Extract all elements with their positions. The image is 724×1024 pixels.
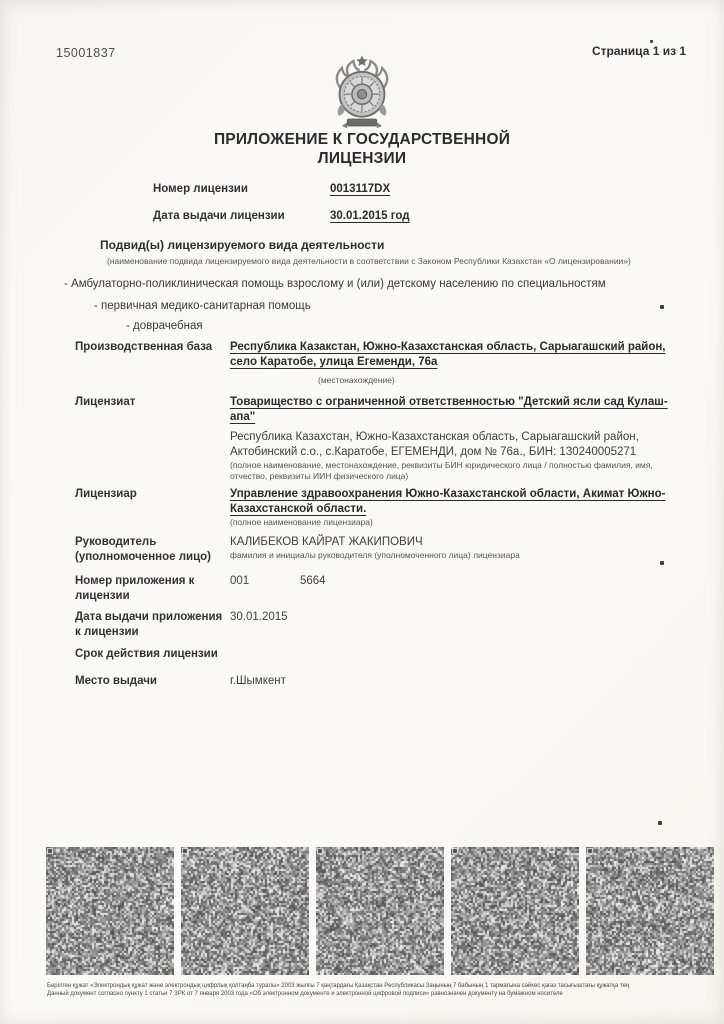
issue-place-value: г.Шымкент [230, 674, 690, 689]
legal-footer-kazakh: Берілген құжат «Электрондық құжат және э… [47, 982, 695, 990]
legal-footer: Берілген құжат «Электрондық құжат және э… [47, 982, 695, 998]
legal-footer-russian: Данный документ согласно пункту 1 статьи… [47, 990, 695, 998]
barcode-block [316, 847, 444, 975]
page-indicator: Страница 1 из 1 [592, 44, 686, 58]
head-value: КАЛИБЕКОВ КАЙРАТ ЖАКИПОВИЧ [230, 535, 690, 550]
production-base-value: Республика Казакстан, Южно-Казахстанская… [230, 340, 690, 370]
document-number: 15001837 [56, 46, 116, 60]
page-title: ПРИЛОЖЕНИЕ К ГОСУДАРСТВЕННОЙ ЛИЦЕНЗИИ [0, 130, 724, 168]
license-date-label: Дата выдачи лицензии [153, 210, 323, 222]
licensee-note: (полное наименование, местонахождение, р… [230, 460, 690, 481]
scan-artifact-dot [660, 561, 664, 565]
licensor-label: Лицензиар [75, 487, 225, 502]
license-date-row: Дата выдачи лицензии 30.01.2015 год [0, 210, 724, 226]
page-title-line1: ПРИЛОЖЕНИЕ К ГОСУДАРСТВЕННОЙ [0, 130, 724, 149]
licensor-value: Управление здравоохранения Южно-Казахста… [230, 487, 690, 517]
subtypes-note: (наименование подвида лицензируемого вид… [107, 256, 667, 266]
head-label-line2: (уполномоченное лицо) [75, 551, 211, 563]
head-note: фамилия и инициалы руководителя (уполном… [230, 550, 690, 561]
barcode-block [181, 847, 309, 975]
license-number-label: Номер лицензии [153, 183, 323, 195]
scan-artifact-dot [660, 305, 664, 309]
barcode-block [46, 847, 174, 975]
page-title-line2: ЛИЦЕНЗИИ [0, 149, 724, 168]
subtype-item: - Амбулаторно-поликлиническая помощь взр… [64, 278, 606, 290]
attachment-date-label: Дата выдачи приложения к лицензии [75, 610, 225, 640]
attachment-number-value1: 001 [230, 575, 249, 587]
attachment-number-label: Номер приложения к лицензии [75, 574, 225, 604]
license-number-value: 0013117DX [330, 183, 630, 195]
head-label: Руководитель (уполномоченное лицо) [75, 535, 225, 565]
license-date-value: 30.01.2015 год [330, 210, 630, 222]
licensee-name: Товарищество с ограниченной ответственно… [230, 395, 690, 425]
scanned-license-attachment-page: 15001837 Страница 1 из 1 [0, 0, 724, 1024]
licensee-label: Лицензиат [75, 395, 225, 410]
barcode-block [451, 847, 579, 975]
attachment-number-value2: 5664 [300, 574, 326, 589]
attachment-date-value: 30.01.2015 [230, 610, 690, 625]
production-base-label: Производственная база [75, 340, 225, 355]
scan-artifact-dot [650, 40, 653, 43]
licensor-note: (полное наименование лицензиара) [230, 517, 690, 528]
issue-place-label: Место выдачи [75, 674, 225, 689]
barcode-block [586, 847, 714, 975]
validity-label: Срок действия лицензии [75, 647, 225, 662]
kazakhstan-coat-of-arms-icon [323, 54, 401, 136]
production-base-note: (местонахождение) [230, 375, 690, 386]
head-label-line1: Руководитель [75, 536, 156, 548]
scan-artifact-dot [658, 821, 662, 825]
subtypes-heading: Подвид(ы) лицензируемого вида деятельнос… [100, 238, 384, 252]
licensee-address: Республика Казахстан, Южно-Казахстанская… [230, 430, 690, 460]
subtype-item: - первичная медико-санитарная помощь [94, 300, 311, 312]
digital-signature-barcode-strip [46, 847, 722, 975]
subtype-item: - доврачебная [126, 320, 203, 332]
license-number-row: Номер лицензии 0013117DX [0, 183, 724, 199]
